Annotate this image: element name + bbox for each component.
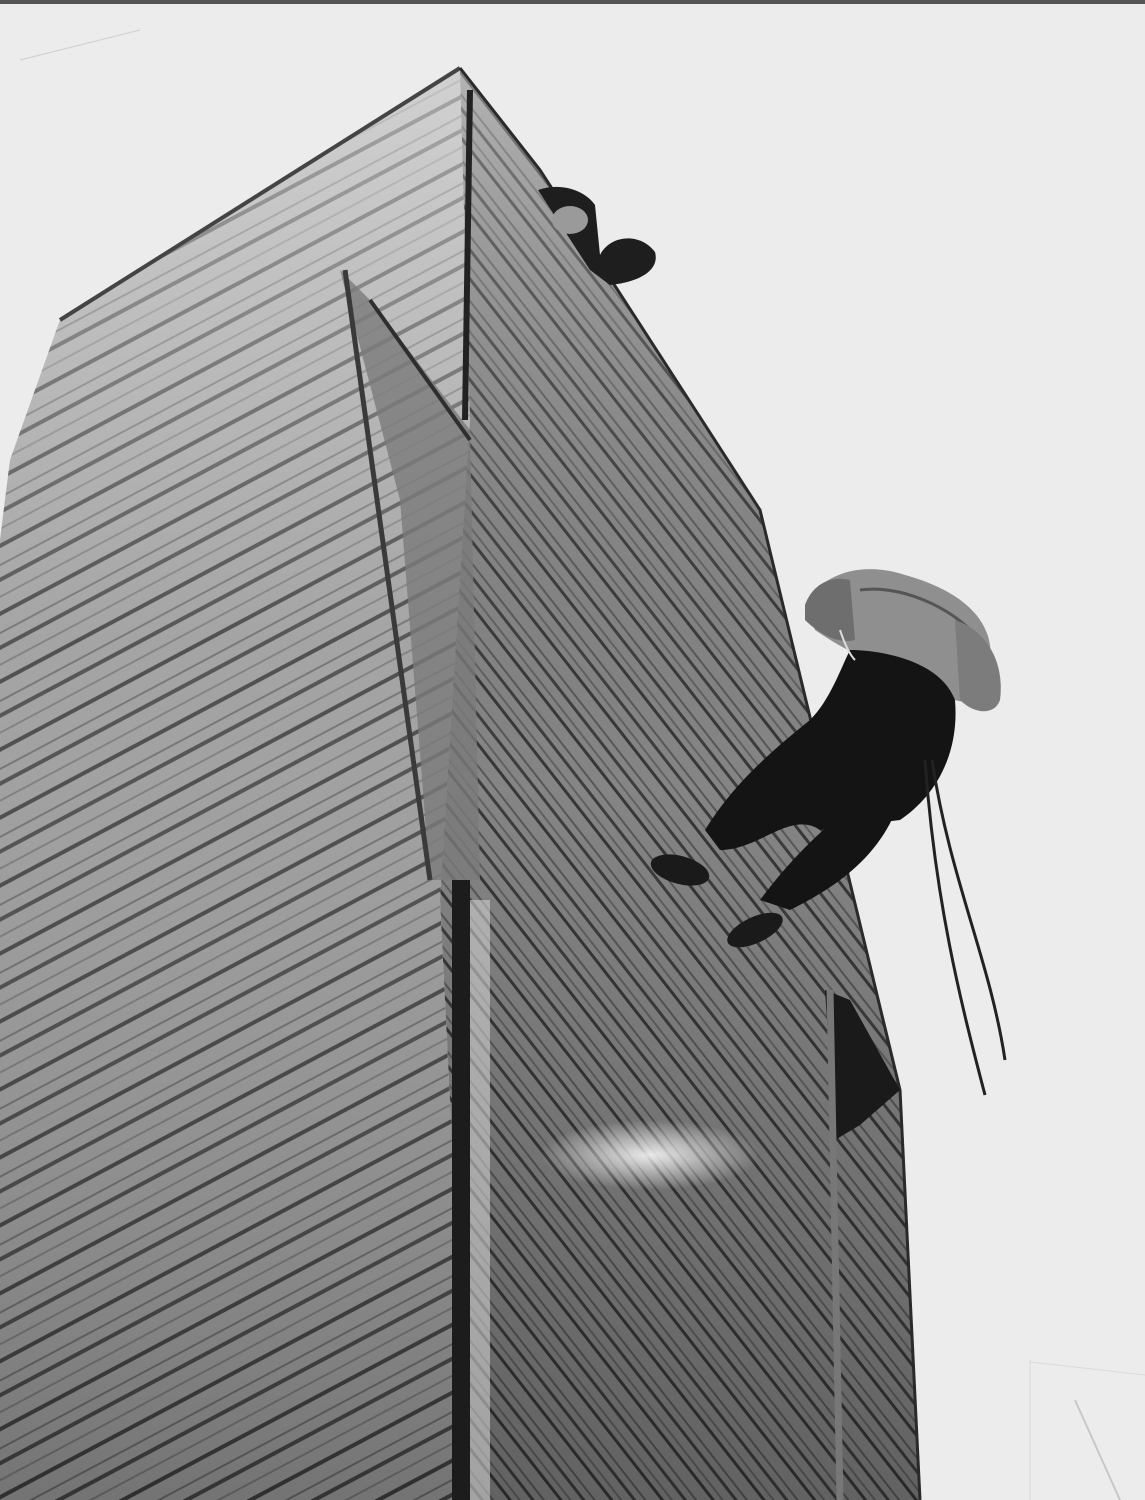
light-streak	[540, 1120, 760, 1190]
corner-post	[452, 880, 470, 1500]
photograph	[0, 0, 1145, 1500]
